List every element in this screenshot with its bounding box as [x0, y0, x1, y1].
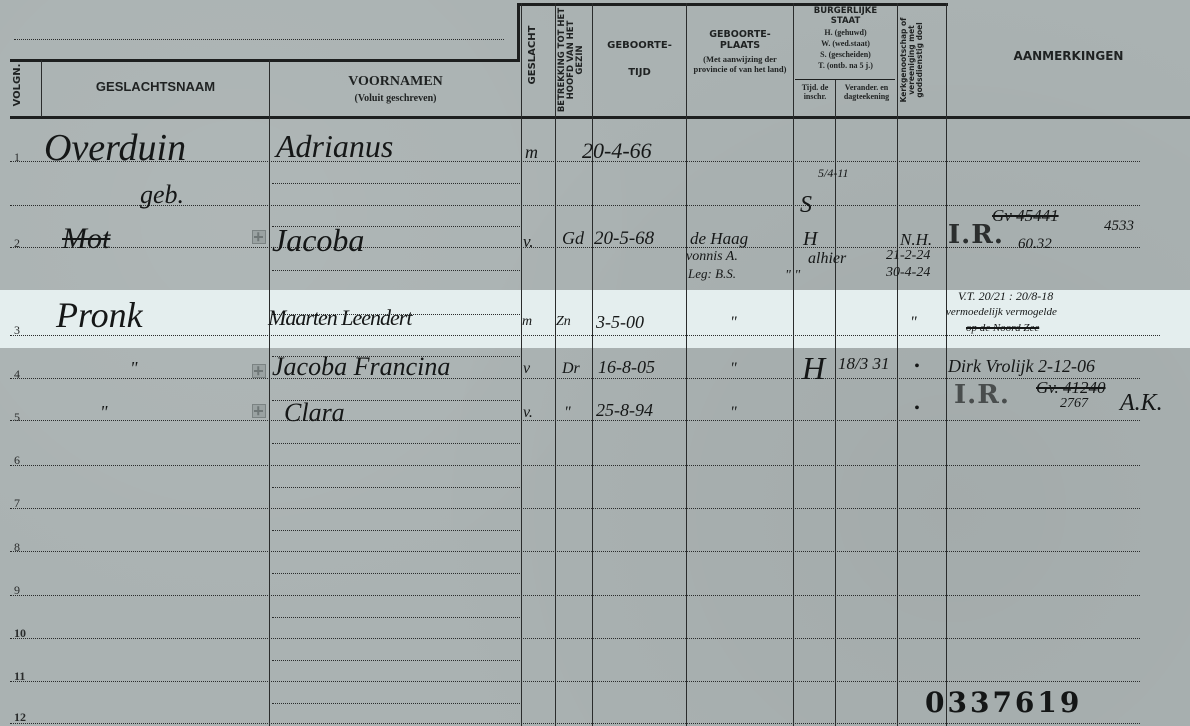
entry-3-remark-1: V.T. 20/21 : 20/8-18 — [958, 289, 1053, 304]
header-betrekking: BETREKKING TOT HET HOOFD VAN HET GEZIN — [558, 6, 585, 114]
checkbox-mark-icon — [252, 404, 266, 418]
entry-2-relation: Gd — [562, 228, 584, 249]
header-bs-w: W. (wed.staat) — [794, 39, 897, 48]
row-number: 12 — [14, 710, 26, 725]
entry-5-remark-1: Gv. 41240 — [1036, 378, 1106, 398]
col-line — [946, 3, 947, 726]
col-line — [269, 60, 270, 726]
entry-5-remark-2: 2767 — [1060, 396, 1088, 412]
entry-5-firstnames: Clara — [284, 398, 345, 428]
header-geboortetijd-2: TIJD — [593, 67, 686, 79]
card-serial-number: 0337619 — [925, 686, 1082, 719]
bs-subdivider — [795, 79, 895, 80]
row-line-6 — [10, 465, 1140, 466]
header-voornamen-sub: (Voluit geschreven) — [270, 93, 521, 105]
entry-3-surname: Pronk — [56, 294, 143, 336]
row-line-9 — [10, 595, 1140, 596]
entry-2-bs-verander-top: 5/4-11 — [818, 166, 848, 181]
header-bs-t: T. (ontb. na 5 j.) — [794, 61, 897, 70]
entry-2-church: N.H. — [900, 230, 932, 250]
entry-1-sex: m — [525, 142, 538, 163]
header-bs-h: H. (gehuwd) — [794, 28, 897, 37]
entry-2-church-date-1: 21-2-24 — [886, 248, 930, 264]
entry-2-church-date-2: 30-4-24 — [886, 265, 930, 281]
entry-4-church: • — [914, 358, 920, 376]
entry-2-sex: v. — [523, 232, 534, 252]
subline — [272, 660, 520, 661]
entry-5-birthdate: 25-8-94 — [596, 400, 653, 421]
entry-4-bs: H — [802, 350, 825, 387]
row-number: 7 — [14, 496, 20, 511]
col-line — [686, 3, 687, 726]
checkbox-mark-icon — [252, 230, 266, 244]
entry-4-surname: " — [130, 358, 138, 379]
entry-3-remark-3: op de Noord Zee — [966, 322, 1039, 334]
row-number: 1 — [14, 150, 20, 165]
entry-5-birthplace: " — [730, 404, 737, 422]
entry-3-birthdate: 3-5-00 — [596, 312, 644, 333]
col-line — [521, 3, 522, 726]
header-aanmerkingen: AANMERKINGEN — [947, 50, 1190, 64]
header-volgn: VOLGN. — [13, 62, 24, 108]
row-number: 11 — [14, 669, 25, 684]
entry-4-birthdate: 16-8-05 — [598, 357, 655, 378]
subline — [272, 270, 520, 271]
header-geslacht: GESLACHT — [528, 10, 539, 100]
header-bs-2: STAAT — [794, 17, 897, 27]
entry-4-relation: Dr — [562, 360, 580, 378]
entry-2-bs-verander: alhier — [808, 250, 846, 268]
row-number: 6 — [14, 453, 20, 468]
entry-3-relation: Zn — [556, 314, 571, 330]
row-number: 9 — [14, 583, 20, 598]
entry-2-remark-3: 60.32 — [1018, 236, 1052, 253]
ir-stamp: I.R. — [954, 380, 1010, 410]
checkbox-mark-icon — [252, 364, 266, 378]
entry-2-bs-verander-2: " " — [785, 268, 800, 284]
header-geboortetijd-1: GEBOORTE- — [593, 40, 686, 52]
row-line-5 — [10, 420, 1140, 421]
entry-2-birthplace: de Haag — [690, 229, 748, 249]
entry-4-remark: Dirk Vrolijk 2-12-06 — [948, 356, 1095, 377]
entry-2-birthdate: 20-5-68 — [594, 228, 654, 250]
entry-5-remark-3: A.K. — [1120, 390, 1163, 417]
entry-2-firstnames: Jacoba — [272, 222, 364, 259]
row-line-3 — [10, 335, 1160, 336]
entry-1-surname: Overduin — [44, 126, 186, 170]
row-line-7 — [10, 508, 1140, 509]
row-line-11 — [10, 681, 1140, 682]
header-bs-tijd: Tijd. de inschr. — [795, 83, 835, 101]
col-line — [793, 3, 794, 726]
row-line-4 — [10, 378, 1140, 379]
subline — [272, 183, 520, 184]
header-bottom-line — [10, 116, 1190, 119]
row-number: 5 — [14, 410, 20, 425]
header-kerkgenootschap: Kerkgenootschap of vereeniging met godsd… — [900, 6, 924, 114]
header-bs-verander: Verander. en dagteekening — [836, 83, 897, 101]
row-number: 8 — [14, 540, 20, 555]
header-geboorteplaats-2: PLAATS — [687, 41, 793, 52]
row-number: 10 — [14, 626, 26, 641]
row-number: 4 — [14, 367, 20, 382]
entry-4-bs-verander: 18/3 31 — [838, 354, 889, 374]
entry-4-sex: v — [523, 360, 530, 378]
entry-5-relation: " — [564, 404, 571, 422]
header-geboorteplaats-sub: (Met aanwijzing der provincie of van het… — [690, 55, 790, 75]
entry-4-firstnames: Jacoba Francina — [272, 352, 450, 382]
row-number: 2 — [14, 236, 20, 251]
header-geslachtsnaam: GESLACHTSNAAM — [42, 80, 269, 95]
header-voornamen: VOORNAMEN — [270, 74, 521, 90]
subline — [272, 443, 520, 444]
subline — [272, 530, 520, 531]
entry-2-surname: Mot — [62, 222, 110, 256]
entry-2-bs-s: S — [800, 192, 812, 219]
entry-4-birthplace: " — [730, 360, 737, 378]
entry-2-prefix: geb. — [140, 180, 184, 210]
entry-2-bs-h: H — [803, 228, 817, 251]
subline — [272, 487, 520, 488]
subline — [272, 617, 520, 618]
entry-3-church: " — [910, 314, 917, 332]
row-line-10 — [10, 638, 1140, 639]
entry-1-firstnames: Adrianus — [276, 128, 393, 165]
entry-2-birthplace-note: vonnis A. — [686, 249, 738, 265]
row-line-12 — [10, 723, 1140, 724]
header-bs-s: S. (gescheiden) — [794, 50, 897, 59]
col-line — [592, 3, 593, 726]
entry-3-firstnames: Maarten Leendert — [268, 305, 411, 331]
row-number: 3 — [14, 323, 20, 338]
top-dotted-line — [14, 39, 504, 40]
entry-1-birthdate: 20-4-66 — [582, 138, 652, 164]
col-line — [897, 3, 898, 726]
entry-5-sex: v. — [523, 404, 533, 422]
entry-2-remark-2: 4533 — [1104, 218, 1134, 235]
frame-step — [517, 3, 520, 60]
header-top-line — [10, 59, 520, 62]
entry-3-birthplace: " — [730, 314, 737, 332]
entry-3-remark-2: vermoedelijk vermogelde — [946, 306, 1057, 318]
entry-5-church: • — [914, 400, 920, 418]
subline — [272, 573, 520, 574]
col-line — [555, 3, 556, 726]
entry-5-surname: " — [100, 402, 108, 423]
entry-2-birthplace-note2: Leg: B.S. — [688, 266, 736, 282]
row-line-8 — [10, 551, 1140, 552]
subline — [272, 703, 520, 704]
entry-2-remark-1: Gv 45441 — [992, 206, 1059, 226]
entry-3-sex: m — [522, 314, 532, 330]
